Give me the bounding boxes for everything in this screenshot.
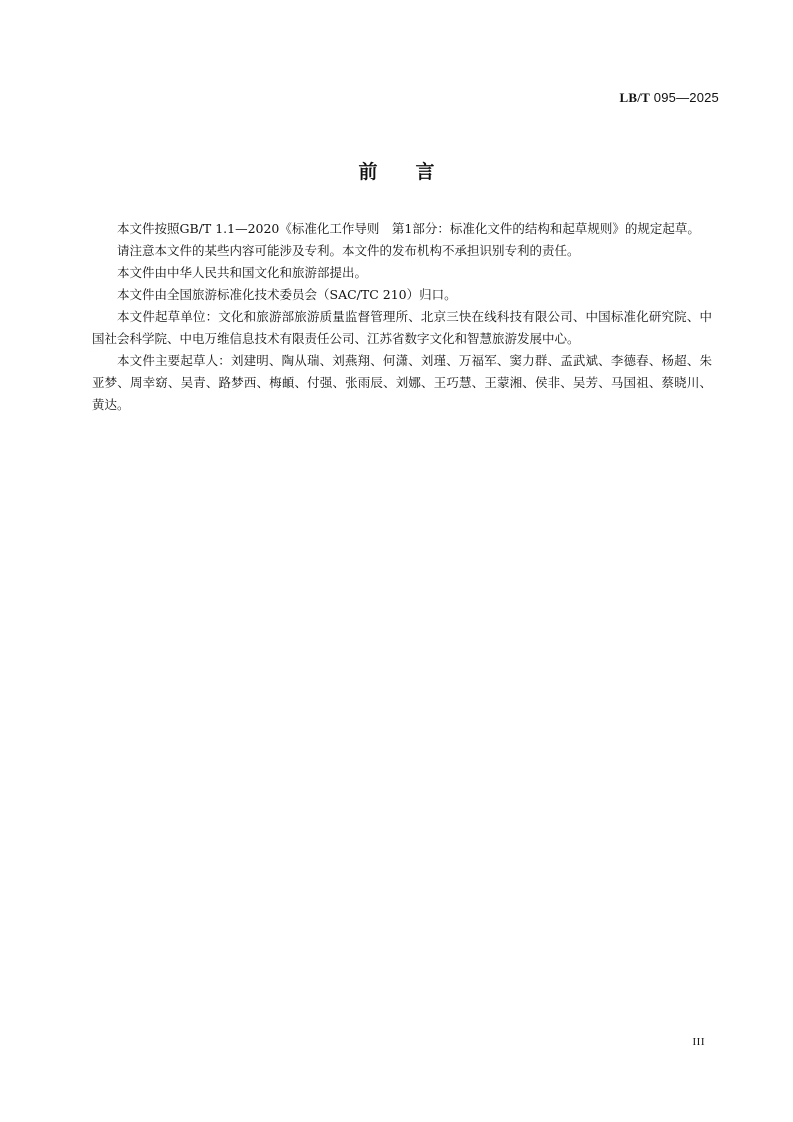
paragraph-under-jurisdiction: 本文件由全国旅游标准化技术委员会（SAC/TC 210）归口。 [92, 284, 712, 306]
document-code: LB/T 095—2025 [620, 90, 719, 106]
foreword-body: 本文件按照GB/T 1.1—2020《标准化工作导则 第1部分：标准化文件的结构… [92, 218, 712, 416]
document-code-number: 095—2025 [650, 90, 719, 105]
page-number: III [693, 1036, 706, 1048]
document-code-prefix: LB/T [620, 90, 650, 105]
paragraph-drafting-rules: 本文件按照GB/T 1.1—2020《标准化工作导则 第1部分：标准化文件的结构… [92, 218, 712, 240]
page-title: 前言 [0, 158, 793, 186]
paragraph-patent-notice: 请注意本文件的某些内容可能涉及专利。本文件的发布机构不承担识别专利的责任。 [92, 240, 712, 262]
paragraph-proposed-by: 本文件由中华人民共和国文化和旅游部提出。 [92, 262, 712, 284]
page-title-char-1: 前 [358, 158, 377, 186]
page-title-char-2: 言 [416, 158, 435, 186]
paragraph-drafting-organizations: 本文件起草单位：文化和旅游部旅游质量监督管理所、北京三快在线科技有限公司、中国标… [92, 306, 712, 350]
paragraph-main-drafters: 本文件主要起草人：刘建明、陶从瑞、刘燕翔、何潇、刘瑾、万福军、窦力群、孟武斌、李… [92, 350, 712, 416]
